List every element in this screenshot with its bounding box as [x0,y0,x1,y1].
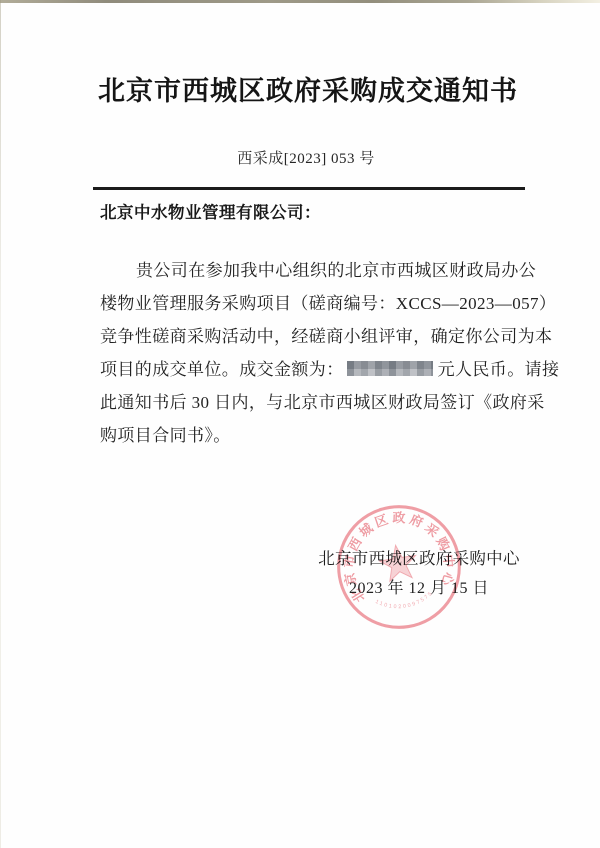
body-line: 竞争性磋商采购活动中，经磋商小组评审，确定你公司为本 [100,320,532,353]
body-line: 此通知书后 30 日内，与北京市西城区财政局签订《政府采 [100,386,532,419]
amount-label-text: 项目的成交单位。成交金额为： [100,360,344,379]
body-line-with-redaction: 项目的成交单位。成交金额为：元人民币。请接 [100,353,532,386]
body-line: 楼物业管理服务采购项目（磋商编号：XCCS—2023—057） [100,287,532,320]
addressee-company-name: 北京中水物业管理有限公司： [100,198,321,228]
body-line: 购项目合同书》。 [100,419,532,452]
redacted-amount-block [347,361,433,376]
issuer-name: 北京市西城区政府采购中心 [318,544,520,574]
scan-edge-top-artifact [0,0,600,3]
body-line: 贵公司在参加我中心组织的北京市西城区财政局办公 [100,254,532,287]
amount-suffix-text: 元人民币。请接 [438,360,560,379]
scan-edge-left-artifact [0,0,1,848]
notice-body-paragraph: 贵公司在参加我中心组织的北京市西城区财政局办公 楼物业管理服务采购项目（磋商编号… [100,254,532,452]
document-number: 西采成[2023] 053 号 [0,147,600,171]
header-divider-line [93,187,525,190]
document-title: 北京市西城区政府采购成交通知书 [0,73,600,109]
issue-date: 2023 年 12 月 15 日 [318,576,520,602]
scanned-document-page: 北京市西城区政府采购成交通知书 西采成[2023] 053 号 北京中水物业管理… [0,0,600,848]
signature-block: 北京市西城区政府采购中心 2023 年 12 月 15 日 [318,544,520,602]
